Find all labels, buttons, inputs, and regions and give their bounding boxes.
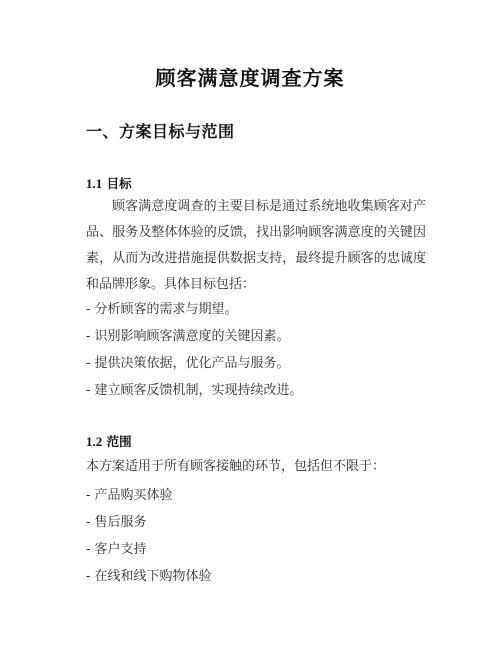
goals-paragraph: 顾客满意度调查的主要目标是通过系统地收集顾客对产品、服务及整体体验的反馈，找出影… (86, 194, 426, 298)
document-title: 顾客满意度调查方案 (0, 62, 500, 91)
list-item: - 在线和线下购物体验 (86, 563, 212, 590)
section-heading-goals-scope: 一、方案目标与范围 (86, 119, 235, 142)
document-page: 顾客满意度调查方案 一、方案目标与范围 1.1 目标 顾客满意度调查的主要目标是… (0, 0, 500, 647)
subsection-title: 范围 (107, 434, 132, 449)
subsection-heading-goals: 1.1 目标 (86, 174, 132, 192)
subsection-number: 1.1 (86, 176, 102, 191)
list-item: - 售后服务 (86, 509, 212, 536)
subsection-title: 目标 (107, 176, 132, 191)
list-item: - 分析顾客的需求与期望。 (86, 296, 303, 323)
list-item: - 识别影响顾客满意度的关键因素。 (86, 323, 303, 350)
list-item: - 建立顾客反馈机制，实现持续改进。 (86, 377, 303, 404)
scope-list: - 产品购买体验 - 售后服务 - 客户支持 - 在线和线下购物体验 (86, 482, 212, 590)
list-item: - 提供决策依据，优化产品与服务。 (86, 350, 303, 377)
list-item: - 客户支持 (86, 536, 212, 563)
scope-paragraph: 本方案适用于所有顾客接触的环节，包括但不限于： (86, 454, 466, 480)
list-item: - 产品购买体验 (86, 482, 212, 509)
goals-list: - 分析顾客的需求与期望。 - 识别影响顾客满意度的关键因素。 - 提供决策依据… (86, 296, 303, 404)
subsection-heading-scope: 1.2 范围 (86, 432, 132, 450)
subsection-number: 1.2 (86, 434, 102, 449)
